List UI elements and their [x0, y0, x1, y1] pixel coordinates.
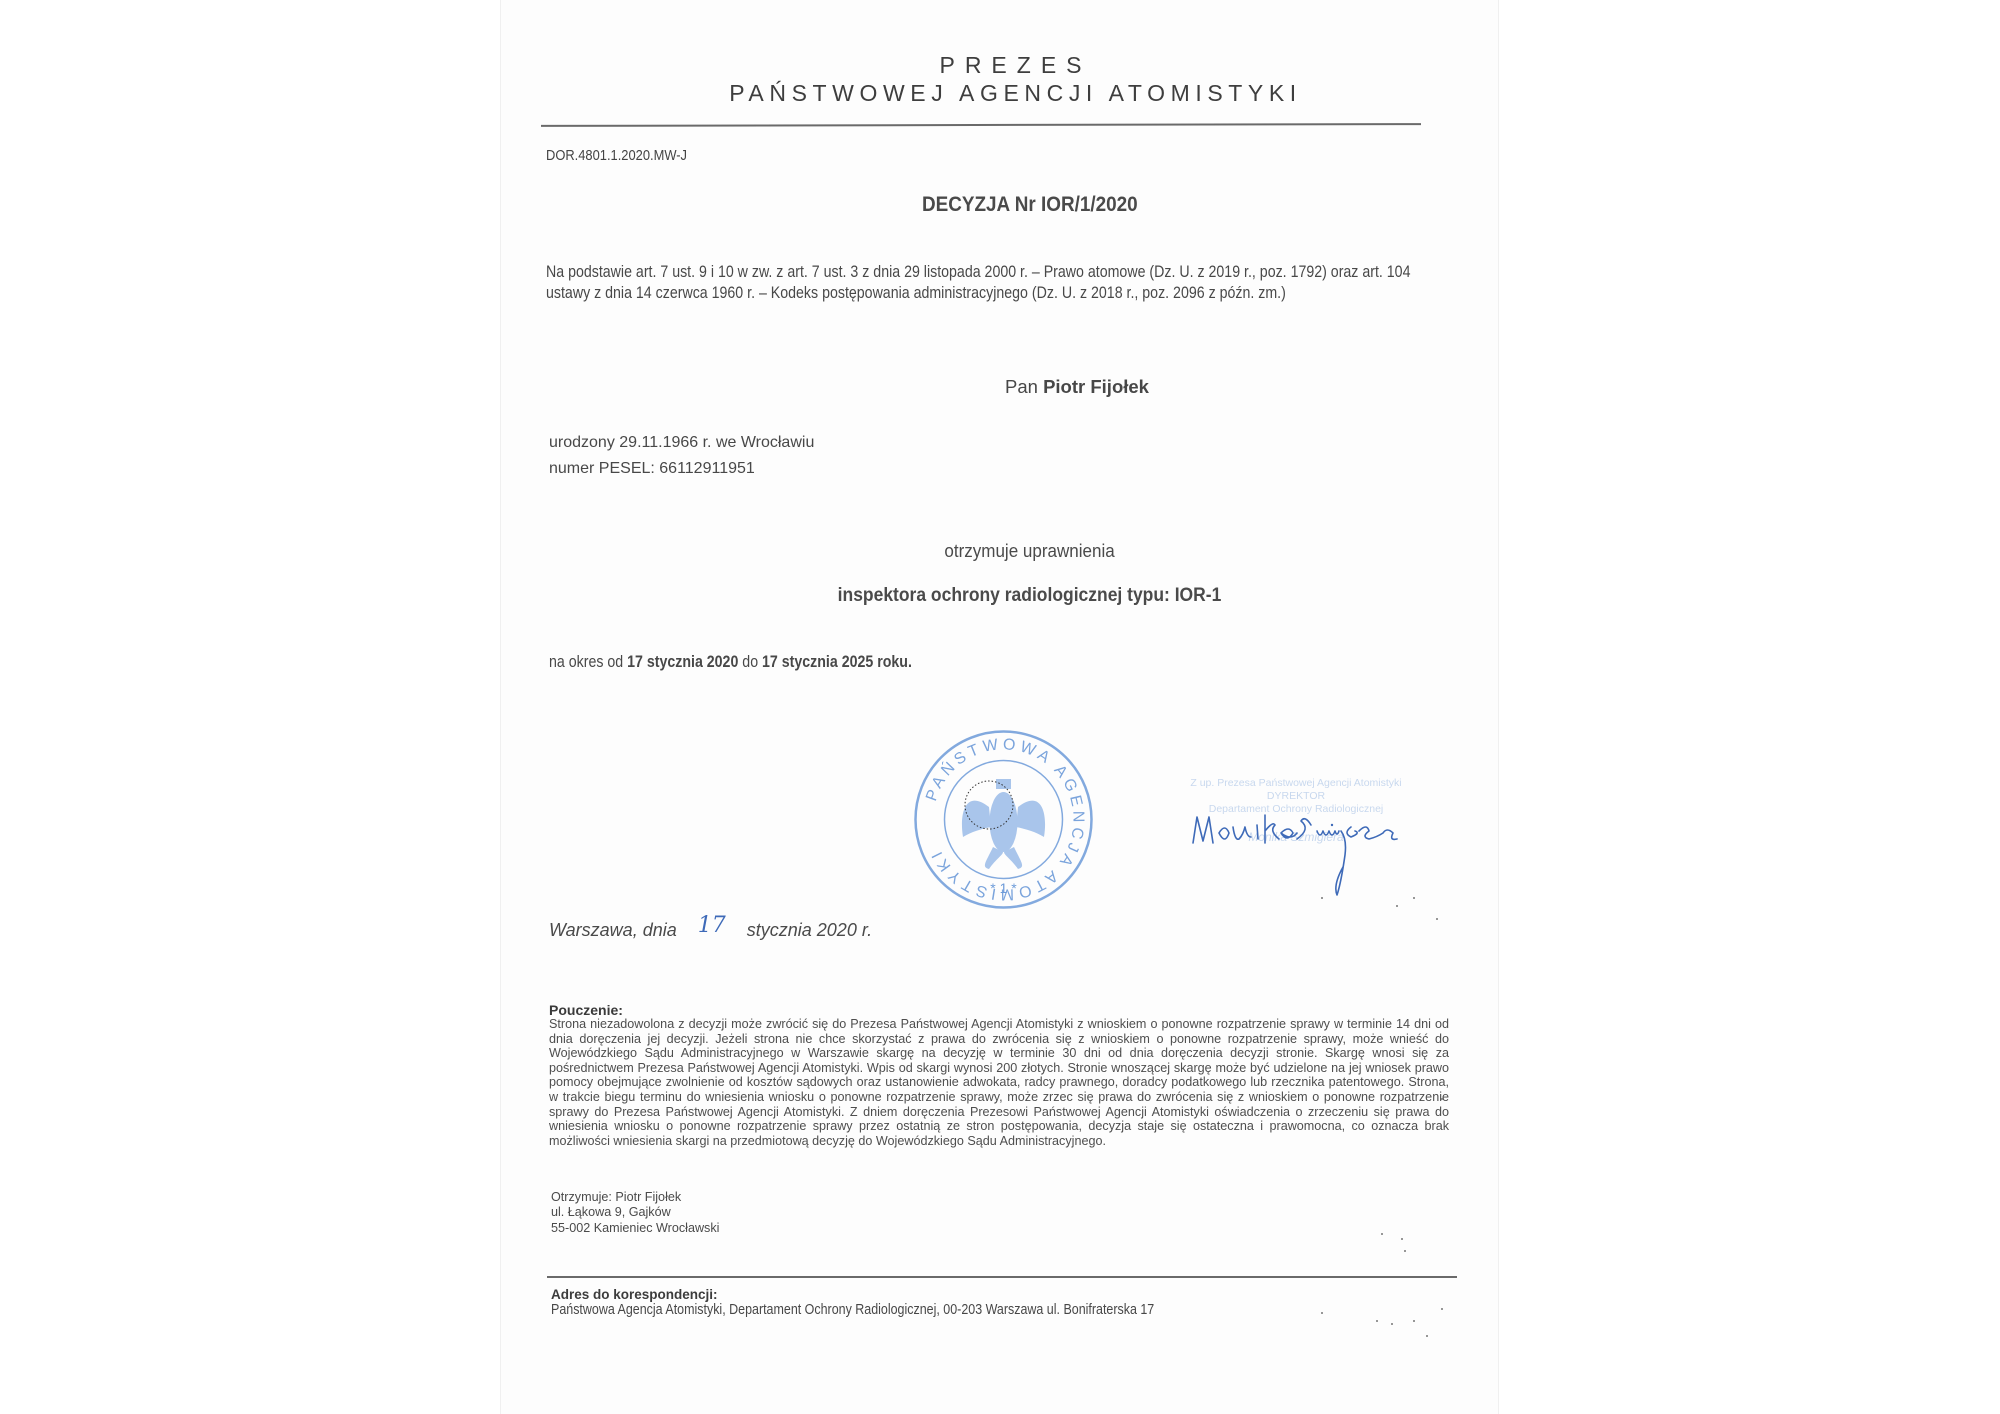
validity-period: na okres od 17 stycznia 2020 do 17 stycz… [549, 653, 912, 672]
period-from: 17 stycznia 2020 [627, 653, 738, 671]
addressee-city: 55-002 Kamieniec Wrocławski [551, 1221, 719, 1236]
eagle-emblem-icon: PAŃSTWOWA AGENCJA ATOMISTYKI * 1 * [911, 727, 1096, 912]
correspondence-address: Państwowa Agencja Atomistyki, Departamen… [551, 1302, 1154, 1318]
footer-divider [547, 1276, 1457, 1278]
decision-title: DECYZJA Nr IOR/1/2020 [501, 193, 1498, 217]
legal-basis: Na podstawie art. 7 ust. 9 i 10 w zw. z … [546, 262, 1440, 304]
correspondence-heading: Adres do korespondencji: [551, 1287, 718, 1302]
svg-text:* 1 *: * 1 * [990, 880, 1017, 896]
signature-block: Z up. Prezesa Państwowej Agencji Atomist… [1171, 775, 1421, 905]
reference-number: DOR.4801.1.2020.MW-J [546, 147, 687, 164]
addressee-street: ul. Łąkowa 9, Gajków [551, 1205, 719, 1220]
pesel-number: numer PESEL: 66112911951 [549, 456, 814, 482]
place-and-date: Warszawa, dnia 17 stycznia 2020 r. [549, 917, 872, 942]
header-line-2: PAŃSTWOWEJ AGENCJI ATOMISTYKI [501, 80, 1498, 107]
recipient-details: urodzony 29.11.1966 r. we Wrocławiu nume… [549, 430, 814, 482]
receives-text: otrzymuje uprawnienia [501, 540, 1498, 562]
handwritten-signature [1171, 775, 1421, 905]
document-page: PREZES PAŃSTWOWEJ AGENCJI ATOMISTYKI DOR… [500, 0, 1499, 1414]
recipient-full-name: Piotr Fijołek [1043, 376, 1149, 397]
notice-body: Strona niezadowolona z decyzji może zwró… [549, 1017, 1449, 1148]
birth-info: urodzony 29.11.1966 r. we Wrocławiu [549, 430, 814, 456]
recipient-name: Pan Piotr Fijołek [501, 376, 1498, 398]
notice-heading: Pouczenie: [549, 1002, 623, 1018]
header-line-1: PREZES [501, 52, 1498, 79]
addressee-block: Otrzymuje: Piotr Fijołek ul. Łąkowa 9, G… [551, 1190, 719, 1236]
period-to: 17 stycznia 2025 roku. [762, 653, 912, 671]
official-stamp: PAŃSTWOWA AGENCJA ATOMISTYKI * 1 * [911, 727, 1096, 912]
handwritten-day: 17 [682, 913, 742, 938]
granted-role: inspektora ochrony radiologicznej typu: … [501, 585, 1498, 607]
header-divider [541, 123, 1421, 127]
salutation: Pan [1005, 376, 1038, 397]
addressee-name: Otrzymuje: Piotr Fijołek [551, 1190, 719, 1205]
